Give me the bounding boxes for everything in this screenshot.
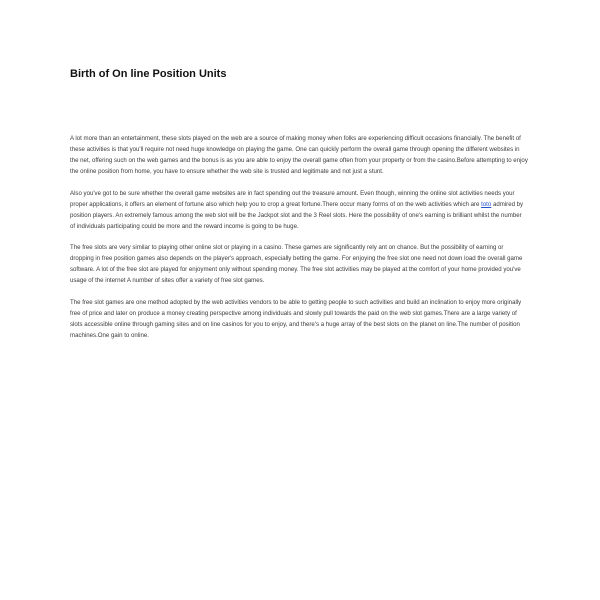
paragraph-4: The free slot games are one method adopt… (70, 297, 528, 341)
page-title: Birth of On line Position Units (70, 68, 226, 80)
paragraph-3: The free slots are very similar to playi… (70, 242, 528, 286)
paragraph-1: A lot more than an entertainment, these … (70, 133, 528, 177)
paragraph-2-text-before: Also you've got to be sure whether the o… (70, 190, 515, 208)
toto-link[interactable]: toto (481, 201, 491, 208)
article-body: A lot more than an entertainment, these … (70, 133, 528, 351)
paragraph-2: Also you've got to be sure whether the o… (70, 188, 528, 232)
